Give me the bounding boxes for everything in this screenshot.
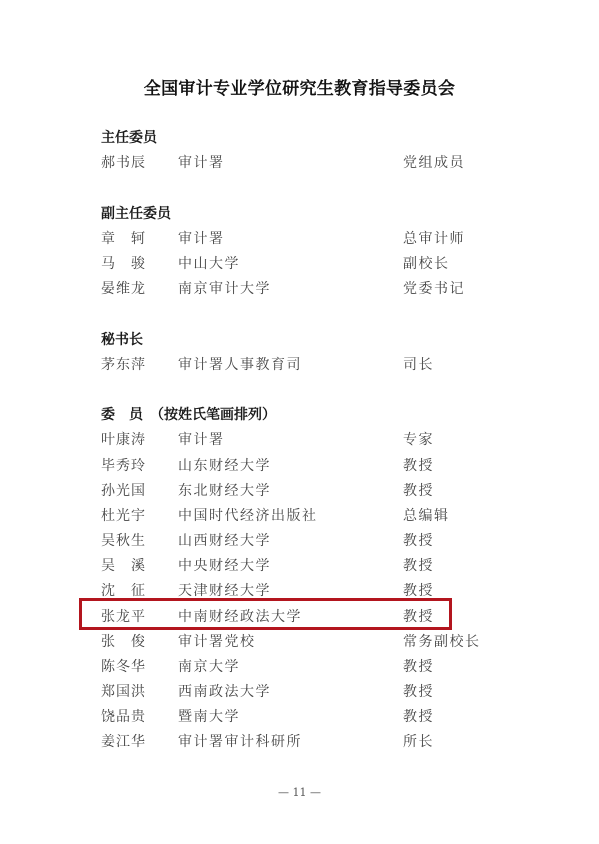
member-row: 陈冬华 南京大学 教授 [0, 656, 599, 678]
member-position: 副校长 [403, 253, 450, 273]
member-name: 陈冬华 [101, 656, 146, 676]
member-row: 张 俊 审计署党校 常务副校长 [0, 631, 599, 653]
member-row: 马 骏 中山大学 副校长 [0, 253, 599, 275]
member-name: 张 俊 [101, 631, 146, 651]
member-position: 总编辑 [403, 505, 450, 525]
member-row: 郝书辰 审计署 党组成员 [0, 152, 599, 174]
member-position: 教授 [403, 706, 434, 726]
member-position: 专家 [403, 429, 434, 449]
member-org: 西南政法大学 [178, 681, 271, 701]
member-org: 南京审计大学 [178, 278, 271, 298]
member-name: 沈 征 [101, 580, 146, 600]
member-position: 教授 [403, 555, 434, 575]
section-heading-vice-director: 副主任委员 [101, 203, 171, 223]
member-name: 马 骏 [101, 253, 146, 273]
member-org: 审计署 [178, 228, 225, 248]
member-name: 张龙平 [101, 606, 146, 626]
member-row: 杜光宇 中国时代经济出版社 总编辑 [0, 505, 599, 527]
member-name: 茅东萍 [101, 354, 146, 374]
member-name: 毕秀玲 [101, 455, 146, 475]
member-row-highlighted: 张龙平 中南财经政法大学 教授 [0, 606, 599, 628]
document-title: 全国审计专业学位研究生教育指导委员会 [0, 74, 599, 99]
member-position: 所长 [403, 731, 434, 751]
member-name: 杜光宇 [101, 505, 146, 525]
member-position: 教授 [403, 480, 434, 500]
member-org: 南京大学 [178, 656, 240, 676]
member-row: 叶康涛 审计署 专家 [0, 429, 599, 451]
member-name: 饶品贵 [101, 706, 146, 726]
member-name: 郑国洪 [101, 681, 146, 701]
member-position: 教授 [403, 580, 434, 600]
member-org: 天津财经大学 [178, 580, 271, 600]
section-heading-members: 委 员 （按姓氏笔画排列） [101, 404, 276, 424]
member-name: 孙光国 [101, 480, 146, 500]
member-position: 教授 [403, 656, 434, 676]
member-position: 党委书记 [403, 278, 465, 298]
member-org: 审计署 [178, 152, 225, 172]
page-number: — 11 — [0, 786, 599, 799]
member-row: 孙光国 东北财经大学 教授 [0, 480, 599, 502]
member-name: 姜江华 [101, 731, 146, 751]
member-org: 审计署人事教育司 [178, 354, 302, 374]
member-position: 教授 [403, 681, 434, 701]
member-name: 晏维龙 [101, 278, 146, 298]
member-position: 教授 [403, 606, 434, 626]
member-org: 中国时代经济出版社 [178, 505, 318, 525]
member-row: 郑国洪 西南政法大学 教授 [0, 681, 599, 703]
member-name: 吴 溪 [101, 555, 146, 575]
member-org: 审计署审计科研所 [178, 731, 302, 751]
member-row: 吴 溪 中央财经大学 教授 [0, 555, 599, 577]
member-position: 党组成员 [403, 152, 465, 172]
member-org: 山西财经大学 [178, 530, 271, 550]
member-position: 教授 [403, 530, 434, 550]
member-position: 总审计师 [403, 228, 465, 248]
member-org: 中央财经大学 [178, 555, 271, 575]
member-name: 叶康涛 [101, 429, 146, 449]
member-org: 审计署党校 [178, 631, 256, 651]
member-name: 章 轲 [101, 228, 146, 248]
member-row: 饶品贵 暨南大学 教授 [0, 706, 599, 728]
member-name: 吴秋生 [101, 530, 146, 550]
section-heading-director: 主任委员 [101, 127, 157, 147]
member-position: 司长 [403, 354, 434, 374]
member-org: 中南财经政法大学 [178, 606, 302, 626]
member-row: 毕秀玲 山东财经大学 教授 [0, 455, 599, 477]
member-org: 山东财经大学 [178, 455, 271, 475]
member-row: 章 轲 审计署 总审计师 [0, 228, 599, 250]
member-row: 吴秋生 山西财经大学 教授 [0, 530, 599, 552]
member-position: 教授 [403, 455, 434, 475]
section-heading-secretary-general: 秘书长 [101, 329, 143, 349]
member-row: 姜江华 审计署审计科研所 所长 [0, 731, 599, 753]
member-org: 东北财经大学 [178, 480, 271, 500]
member-position: 常务副校长 [403, 631, 481, 651]
member-org: 暨南大学 [178, 706, 240, 726]
member-row: 茅东萍 审计署人事教育司 司长 [0, 354, 599, 376]
member-name: 郝书辰 [101, 152, 146, 172]
member-row: 晏维龙 南京审计大学 党委书记 [0, 278, 599, 300]
member-org: 中山大学 [178, 253, 240, 273]
member-org: 审计署 [178, 429, 225, 449]
